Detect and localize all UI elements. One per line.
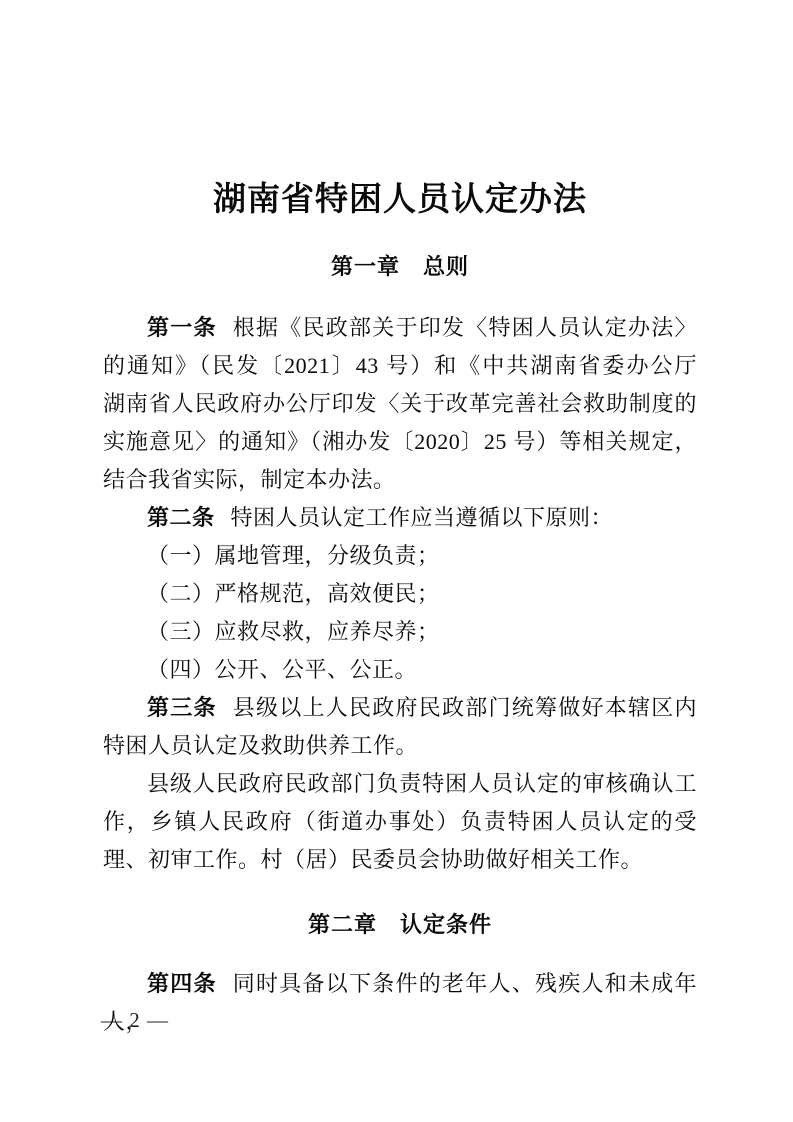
list-item-1-text: （一）属地管理，分级负责； [147,543,440,568]
page-number: — 2 — [101,1008,169,1032]
chapter-1-heading: 第一章 总则 [103,255,697,279]
article-4-number-label: 第四条 [147,971,217,996]
list-item-4-text: （四）公开、公平、公正。 [147,657,417,682]
article-3-continuation-text: 县级人民政府民政部门负责特困人员认定的审核确认工作，乡镇人民政府（街道办事处）负… [103,771,697,872]
article-2-text: 特困人员认定工作应当遵循以下原则： [231,505,614,530]
list-item-4: （四）公开、公平、公正。 [103,651,697,689]
article-1-paragraph: 第一条根据《民政部关于印发〈特困人员认定办法〉的通知》（民发〔2021〕43 号… [103,309,697,499]
list-item-2-text: （二）严格规范，高效便民； [147,581,440,606]
list-item-1: （一）属地管理，分级负责； [103,537,697,575]
article-3-number-label: 第三条 [147,695,217,720]
list-item-3-text: （三）应救尽救，应养尽养； [147,619,440,644]
document-title: 湖南省特困人员认定办法 [103,180,697,220]
article-4-paragraph: 第四条同时具备以下条件的老年人、残疾人和未成年人， [103,965,697,1041]
chapter-2-heading: 第二章 认定条件 [103,913,697,937]
article-1-number-label: 第一条 [147,315,217,340]
document-page: 湖南省特困人员认定办法 第一章 总则 第一条根据《民政部关于印发〈特困人员认定办… [0,0,793,1122]
article-3-continuation-paragraph: 县级人民政府民政部门负责特困人员认定的审核确认工作，乡镇人民政府（街道办事处）负… [103,765,697,879]
list-item-2: （二）严格规范，高效便民； [103,575,697,613]
article-3-paragraph: 第三条县级以上人民政府民政部门统筹做好本辖区内特困人员认定及救助供养工作。 [103,689,697,765]
list-item-3: （三）应救尽救，应养尽养； [103,613,697,651]
article-2-number-label: 第二条 [147,505,215,530]
article-1-text: 根据《民政部关于印发〈特困人员认定办法〉的通知》（民发〔2021〕43 号）和《… [103,315,720,492]
article-2-paragraph: 第二条特困人员认定工作应当遵循以下原则： [103,499,697,537]
